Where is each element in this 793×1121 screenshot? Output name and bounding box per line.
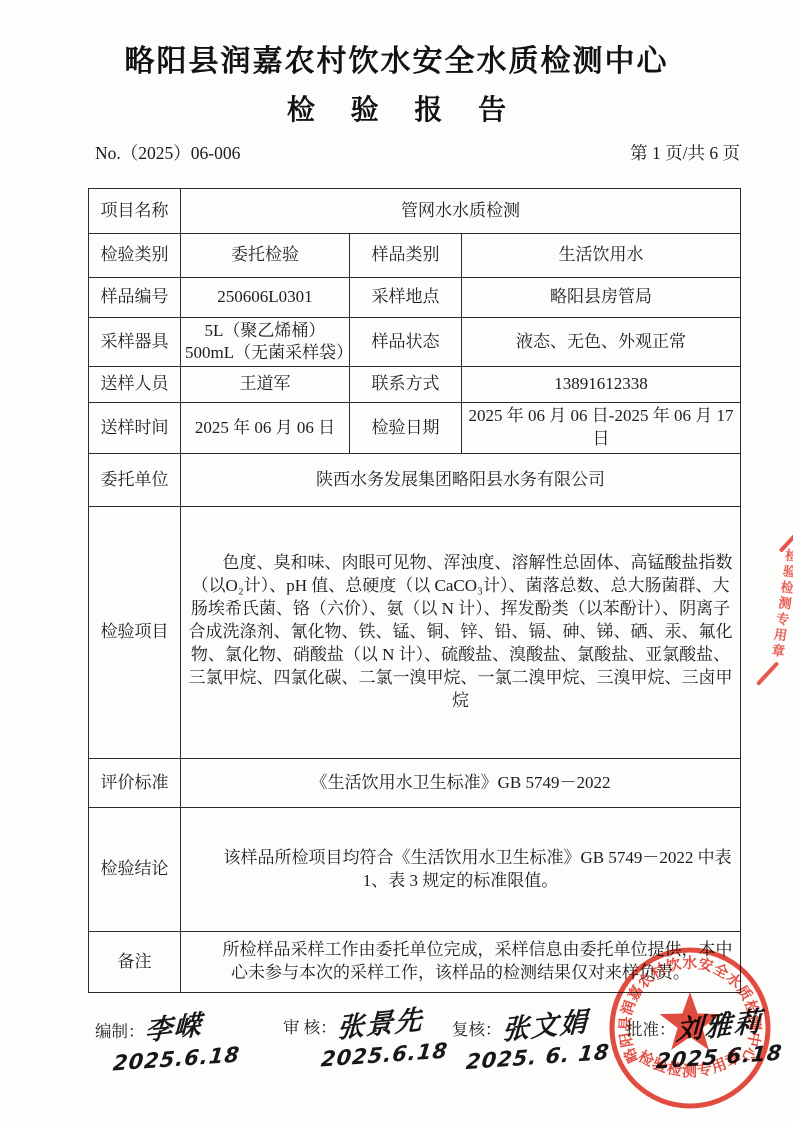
inspection-date-value: 2025 年 06 月 06 日-2025 年 06 月 17 日	[462, 403, 741, 454]
sampling-tools-label: 采样器具	[89, 318, 181, 367]
report-page: 略阳县润嘉农村饮水安全水质检测中心 检 验 报 告 No.（2025）06-00…	[0, 0, 793, 1121]
conclusion-label: 检验结论	[89, 808, 181, 932]
checked-signature: 张文娟	[501, 999, 589, 1047]
sample-state-label: 样品状态	[350, 318, 462, 367]
sampling-tools-value: 5L（聚乙烯桶） 500mL（无菌采样袋）	[181, 318, 350, 367]
report-table: 项目名称 管网水水质检测 检验类别 委托检验 样品类别 生活饮用水 样品编号 2…	[88, 188, 741, 993]
table-row: 样品编号 250606L0301 采样地点 略阳县房管局	[89, 278, 741, 318]
sampling-site-label: 采样地点	[350, 278, 462, 318]
meta-row: No.（2025）06-006 第 1 页/共 6 页	[95, 140, 740, 165]
items-label: 检验项目	[89, 507, 181, 759]
standard-label: 评价标准	[89, 759, 181, 808]
star-icon	[660, 992, 721, 1050]
checked-date: 2025. 6. 18	[465, 1040, 611, 1074]
edge-seal-text: 检验检测专用章	[767, 547, 793, 661]
table-row: 检验结论 该样品所检项目均符合《生活饮用水卫生标准》GB 5749－2022 中…	[89, 808, 741, 932]
table-row: 委托单位 陕西水务发展集团略阳县水务有限公司	[89, 454, 741, 507]
inspection-type-label: 检验类别	[89, 234, 181, 278]
official-stamp: 略阳县润嘉农村饮水安全水质检测中心 检验检测专用章	[604, 942, 776, 1114]
inspection-type-value: 委托检验	[181, 234, 350, 278]
sampling-tools-line2: 500mL（无菌采样袋）	[185, 342, 345, 364]
table-row: 检验项目 色度、臭和味、肉眼可见物、浑浊度、溶解性总固体、高锰酸盐指数（以O₂计…	[89, 507, 741, 759]
edge-seal: 检验检测专用章	[748, 532, 793, 697]
edge-seal-stroke-bottom	[756, 661, 779, 686]
conclusion-value: 该样品所检项目均符合《生活饮用水卫生标准》GB 5749－2022 中表 1、表…	[181, 808, 741, 932]
signoff-reviewed: 审 核：张景先 2025.6.18	[283, 1002, 448, 1067]
sample-no-value: 250606L0301	[181, 278, 350, 318]
reviewed-signature: 张景先	[336, 997, 424, 1045]
table-row: 送样时间 2025 年 06 月 06 日 检验日期 2025 年 06 月 0…	[89, 403, 741, 454]
items-value: 色度、臭和味、肉眼可见物、浑浊度、溶解性总固体、高锰酸盐指数（以O₂计）、pH …	[181, 507, 741, 759]
delivery-time-value: 2025 年 06 月 06 日	[181, 403, 350, 454]
page-indicator: 第 1 页/共 6 页	[630, 140, 740, 165]
report-title: 检 验 报 告	[0, 88, 793, 128]
client-label: 委托单位	[89, 454, 181, 507]
table-row: 评价标准 《生活饮用水卫生标准》GB 5749－2022	[89, 759, 741, 808]
project-name-label: 项目名称	[89, 189, 181, 234]
project-name-value: 管网水水质检测	[181, 189, 741, 234]
signoff-prepared: 编制：李嵘 2025.6.18	[95, 1006, 240, 1071]
table-row: 检验类别 委托检验 样品类别 生活饮用水	[89, 234, 741, 278]
page-title: 略阳县润嘉农村饮水安全水质检测中心	[0, 36, 793, 80]
contact-label: 联系方式	[350, 367, 462, 403]
client-value: 陕西水务发展集团略阳县水务有限公司	[181, 454, 741, 507]
table-row: 采样器具 5L（聚乙烯桶） 500mL（无菌采样袋） 样品状态 液态、无色、外观…	[89, 318, 741, 367]
svg-text:检验检测专用章: 检验检测专用章	[635, 1047, 744, 1080]
sample-no-label: 样品编号	[89, 278, 181, 318]
contact-value: 13891612338	[462, 367, 741, 403]
sample-type-label: 样品类别	[350, 234, 462, 278]
reviewed-label: 审 核：	[283, 1018, 337, 1037]
remark-label: 备注	[89, 932, 181, 993]
deliverer-label: 送样人员	[89, 367, 181, 403]
signoff-checked: 复核：张文娟 2025. 6. 18	[452, 1004, 610, 1069]
standard-value: 《生活饮用水卫生标准》GB 5749－2022	[181, 759, 741, 808]
inspection-date-label: 检验日期	[350, 403, 462, 454]
sample-type-value: 生活饮用水	[462, 234, 741, 278]
sample-state-value: 液态、无色、外观正常	[462, 318, 741, 367]
deliverer-value: 王道军	[181, 367, 350, 403]
delivery-time-label: 送样时间	[89, 403, 181, 454]
sampling-tools-line1: 5L（聚乙烯桶）	[185, 320, 345, 342]
prepared-signature: 李嵘	[144, 1003, 203, 1048]
prepared-date: 2025.6.18	[112, 1042, 241, 1075]
prepared-label: 编制：	[95, 1022, 145, 1041]
report-number: No.（2025）06-006	[95, 140, 240, 165]
stamp-bottom-text: 检验检测专用章	[635, 1047, 744, 1080]
table-row: 送样人员 王道军 联系方式 13891612338	[89, 367, 741, 403]
sampling-site-value: 略阳县房管局	[462, 278, 741, 318]
checked-label: 复核：	[452, 1020, 502, 1039]
table-row: 项目名称 管网水水质检测	[89, 189, 741, 234]
